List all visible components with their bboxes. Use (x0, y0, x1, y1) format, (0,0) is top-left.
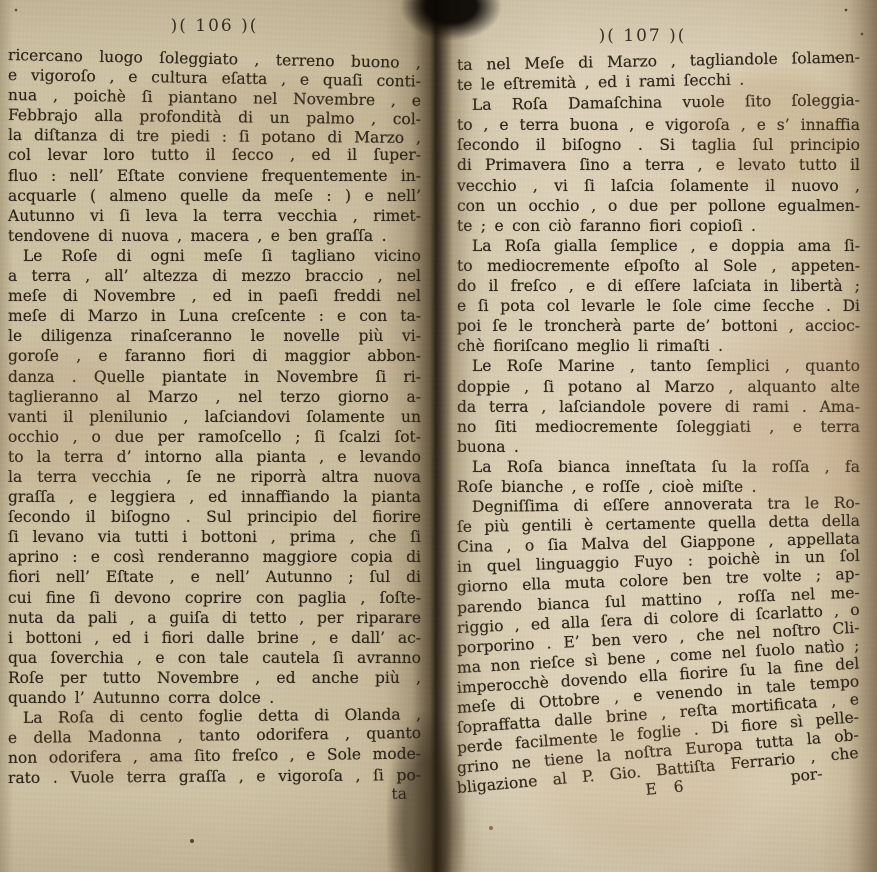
text-line: buona . (457, 437, 860, 457)
text-line: e ſi pota col levarle le ſole cime ſecch… (457, 296, 860, 316)
text-line: con un occhio , o due per pollone egualm… (457, 196, 860, 216)
text-line: Le Roſe Marine , tanto ſemplici , quanto (457, 356, 860, 376)
text-line: la diſtanza di tre piedi : ſi potano di … (8, 125, 421, 148)
text-line: vanti il plenilunio , laſciandovi ſolame… (8, 407, 421, 427)
text-line: occhio , o due per ramoſcello ; ſi ſcalz… (8, 427, 421, 447)
text-line: poi ſe le troncherà parte de’ bottoni , … (457, 316, 860, 336)
text-line: La Roſa bianca inneſtata ſu la roſſa , f… (457, 457, 860, 477)
text-line: le diligenza rinaſceranno le novelle più… (8, 326, 421, 346)
text-line: to , e terra buona , e vigoroſa , e s’ i… (457, 115, 860, 135)
text-line: col levar loro tutto il ſecco , ed il ſu… (8, 145, 421, 165)
text-line: La Roſa Damaſchina vuole ſito ſoleggia- (457, 90, 860, 115)
text-line: no ſiti mediocremente ſoleggiati , e ter… (457, 417, 860, 437)
text-line: graſſa , e leggiera , ed innaffiando la … (8, 487, 421, 507)
text-line: fiori nell’ Eſtate , e nell’ Autunno ; ſ… (8, 567, 421, 587)
text-line: te ; e con ciò faranno fiori copioſi . (457, 216, 860, 236)
text-line: aprino : e così renderanno maggiore copi… (8, 547, 421, 567)
text-line: goroſe , e faranno fiori di maggior abbo… (8, 346, 421, 366)
page-text-block-left: ricercano luogo ſoleggiato , terreno buo… (8, 45, 421, 788)
text-line: la terra vecchia , ſe ne riporrà altra n… (8, 467, 421, 487)
text-line: qua ſoverchia , e con tale cautela ſi av… (8, 648, 421, 668)
text-line: do il freſco , e di eſſere laſciata in l… (457, 276, 860, 296)
text-line: acquarle ( almeno quelle da meſe : ) e n… (8, 186, 421, 206)
text-line: nuta da pali , a guiſa di tetto , per ri… (8, 608, 421, 628)
page-106: )( 106 )( ricercano luogo ſoleggiato , t… (8, 16, 421, 808)
text-line: meſe di Marzo in Luna creſcente : e con … (8, 306, 421, 326)
text-line: Le Roſe di ogni meſe ſi tagliano vicino (8, 246, 421, 266)
gathering-signature: E 6 (645, 778, 685, 799)
text-line: doppie , ſi potano al Marzo , alquanto a… (457, 377, 860, 397)
catchword: por- (790, 765, 823, 786)
text-line: Autunno vi ſi leva la terra vecchia , ri… (8, 206, 421, 226)
text-line: meſe di Novembre , ed in paeſi freddi ne… (8, 286, 421, 306)
text-line: danza . Quelle piantate in Novembre ſi r… (8, 367, 421, 387)
text-line: da terra , laſciandole povere di rami . … (457, 397, 860, 417)
catchword: ta (391, 785, 407, 803)
catchword-line: ta (8, 784, 421, 808)
page-number-header-left: )( 106 )( (8, 16, 421, 43)
text-line: tendovene di nuova , macera , e ben graſ… (8, 226, 421, 246)
text-line: i bottoni , ed i fiori dalle brine , e d… (8, 628, 421, 648)
text-line: ſi levano via tutti i bottoni , prima , … (8, 527, 421, 547)
text-line: to mediocremente eſpoſto al Sole , appet… (457, 256, 860, 276)
book-spread: )( 106 )( ricercano luogo ſoleggiato , t… (0, 0, 877, 872)
text-line: taglieranno al Marzo , nel terzo giorno … (8, 387, 421, 407)
text-line: cui fine ſi devono coprire con paglia , … (8, 588, 421, 608)
text-line: fluo : nell’ Eſtate conviene frequenteme… (8, 166, 421, 186)
text-line: La Roſa gialla ſemplice , e doppia ama ſ… (457, 236, 860, 256)
text-line: ſecondo il biſogno . Si taglia ſul princ… (457, 135, 860, 155)
text-line: a terra , all’ altezza di mezzo braccio … (8, 266, 421, 286)
page-107: )( 107 )( ta nel Meſe di Marzo , taglian… (457, 26, 860, 819)
page-text-block-right: ta nel Meſe di Marzo , tagliandole ſolam… (457, 55, 860, 798)
text-line: di Primavera ſino a terra , e levato tut… (457, 155, 860, 175)
text-line: ſecondo il biſogno . Sul principio del f… (8, 507, 421, 527)
text-line: vecchio , vi ſi laſcia ſolamente il nuov… (457, 176, 860, 196)
text-line: to la terra d’ intorno alla pianta , e l… (8, 447, 421, 467)
text-line: chè fioriſcano meglio li rimaſti . (457, 336, 860, 356)
text-line: Roſe per tutto Novembre , ed anche più , (8, 668, 421, 688)
